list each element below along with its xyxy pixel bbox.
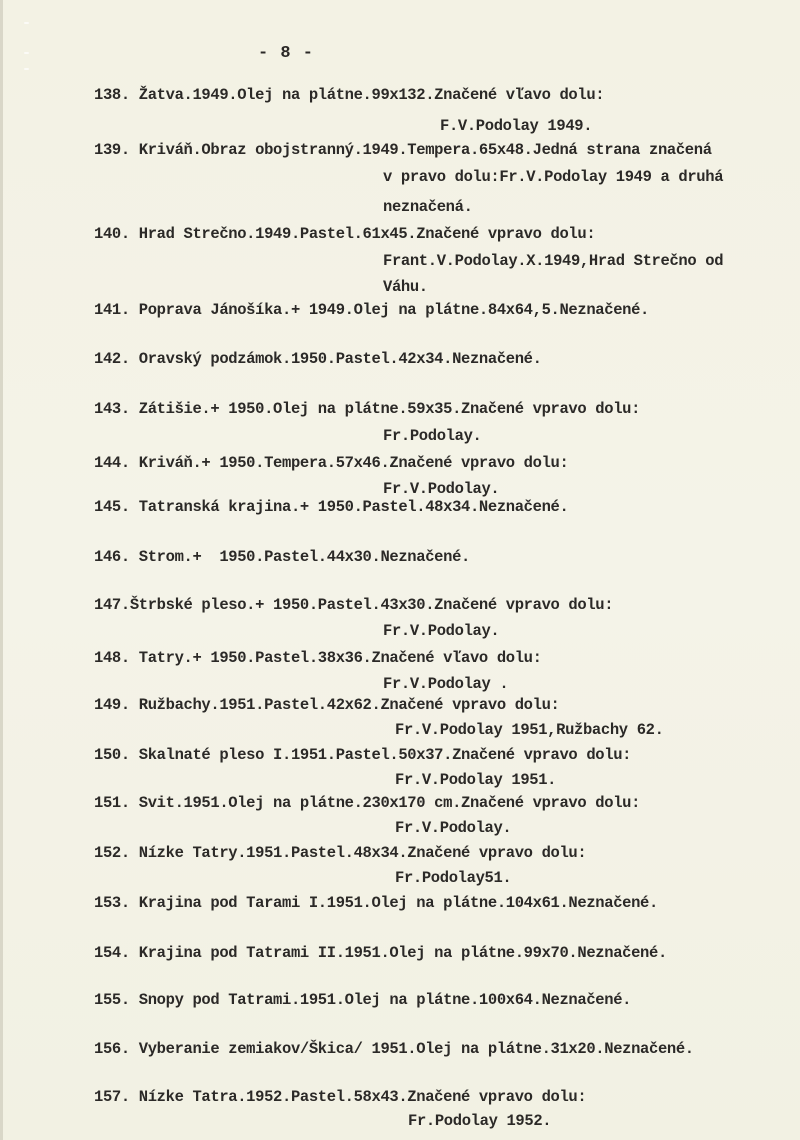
catalog-entry: 152. Nízke Tatry.1951.Pastel.48x34.Znače… <box>94 844 586 862</box>
entry-number: 148. <box>94 649 130 667</box>
entry-number: 144. <box>94 454 130 472</box>
entry-description: Krajina pod Tarami I.1951.Olej na plátne… <box>130 894 658 912</box>
entry-number: 155. <box>94 991 130 1009</box>
entry-description: Krajina pod Tatrami II.1951.Olej na plát… <box>130 944 667 962</box>
catalog-entry: 153. Krajina pod Tarami I.1951.Olej na p… <box>94 894 658 912</box>
entry-description: Tatranská krajina.+ 1950.Pastel.48x34.Ne… <box>130 498 569 516</box>
entry-number: 156. <box>94 1040 130 1058</box>
page-number: - 8 - <box>258 44 314 63</box>
catalog-entry: 150. Skalnaté pleso I.1951.Pastel.50x37.… <box>94 746 631 764</box>
catalog-entry: 148. Tatry.+ 1950.Pastel.38x36.Značené v… <box>94 649 542 667</box>
paper-mark <box>24 22 29 24</box>
entry-description: Skalnaté pleso I.1951.Pastel.50x37.Znače… <box>130 746 631 764</box>
catalog-entry: 155. Snopy pod Tatrami.1951.Olej na plát… <box>94 991 631 1009</box>
page-edge <box>0 0 3 1140</box>
catalog-entry: 147.Štrbské pleso.+ 1950.Pastel.43x30.Zn… <box>94 596 613 614</box>
entry-number: 146. <box>94 548 130 566</box>
entry-description: Oravský podzámok.1950.Pastel.42x34.Nezna… <box>130 350 542 368</box>
entry-description: Kriváň.Obraz obojstranný.1949.Tempera.65… <box>130 141 712 159</box>
entry-number: 154. <box>94 944 130 962</box>
entry-description: Štrbské pleso.+ 1950.Pastel.43x30.Značen… <box>130 596 613 614</box>
catalog-entry: 145. Tatranská krajina.+ 1950.Pastel.48x… <box>94 498 568 516</box>
entry-number: 145. <box>94 498 130 516</box>
entry-signature-line: Fr.Podolay 1952. <box>408 1112 551 1130</box>
entry-description: Kriváň.+ 1950.Tempera.57x46.Značené vpra… <box>130 454 569 472</box>
entry-signature-line: Fr.V.Podolay. <box>395 819 511 837</box>
catalog-entry: 151. Svit.1951.Olej na plátne.230x170 cm… <box>94 794 640 812</box>
paper-mark <box>24 52 29 54</box>
entry-signature-line: Fr.Podolay51. <box>395 869 511 887</box>
entry-signature-line: F.V.Podolay 1949. <box>440 117 592 135</box>
catalog-entry: 142. Oravský podzámok.1950.Pastel.42x34.… <box>94 350 542 368</box>
catalog-entry: 141. Poprava Jánošíka.+ 1949.Olej na plá… <box>94 301 649 319</box>
catalog-entry: 139. Kriváň.Obraz obojstranný.1949.Tempe… <box>94 141 712 159</box>
entry-number: 139. <box>94 141 130 159</box>
entry-number: 152. <box>94 844 130 862</box>
catalog-entry: 143. Zátišie.+ 1950.Olej na plátne.59x35… <box>94 400 640 418</box>
entry-number: 157. <box>94 1088 130 1106</box>
entry-signature-line: neznačená. <box>383 198 473 216</box>
entry-number: 143. <box>94 400 130 418</box>
entry-number: 150. <box>94 746 130 764</box>
entry-signature-line: v pravo dolu:Fr.V.Podolay 1949 a druhá <box>383 168 723 186</box>
catalog-entry: 154. Krajina pod Tatrami II.1951.Olej na… <box>94 944 667 962</box>
entry-description: Svit.1951.Olej na plátne.230x170 cm.Znač… <box>130 794 640 812</box>
entry-signature-line: Fr.Podolay. <box>383 427 481 445</box>
entry-description: Strom.+ 1950.Pastel.44x30.Neznačené. <box>130 548 470 566</box>
entry-signature-line: Fr.V.Podolay . <box>383 675 508 693</box>
entry-signature-line: Fr.V.Podolay. <box>383 480 499 498</box>
entry-description: Tatry.+ 1950.Pastel.38x36.Značené vľavo … <box>130 649 542 667</box>
entry-number: 151. <box>94 794 130 812</box>
entry-signature-line: Fr.V.Podolay 1951,Ružbachy 62. <box>395 721 664 739</box>
entry-number: 140. <box>94 225 130 243</box>
catalog-entry: 156. Vyberanie zemiakov/Škica/ 1951.Olej… <box>94 1040 694 1058</box>
entry-description: Poprava Jánošíka.+ 1949.Olej na plátne.8… <box>130 301 649 319</box>
catalog-entry: 138. Žatva.1949.Olej na plátne.99x132.Zn… <box>94 86 604 104</box>
entry-description: Ružbachy.1951.Pastel.42x62.Značené vprav… <box>130 696 560 714</box>
catalog-entry: 146. Strom.+ 1950.Pastel.44x30.Neznačené… <box>94 548 470 566</box>
catalog-entry: 149. Ružbachy.1951.Pastel.42x62.Značené … <box>94 696 560 714</box>
entry-description: Snopy pod Tatrami.1951.Olej na plátne.10… <box>130 991 631 1009</box>
entry-number: 153. <box>94 894 130 912</box>
entry-number: 149. <box>94 696 130 714</box>
typewritten-page: - 8 - 138. Žatva.1949.Olej na plátne.99x… <box>0 0 800 1140</box>
entry-description: Vyberanie zemiakov/Škica/ 1951.Olej na p… <box>130 1040 694 1058</box>
entry-signature-line: Frant.V.Podolay.X.1949,Hrad Strečno od <box>383 252 723 270</box>
entry-number: 138. <box>94 86 130 104</box>
catalog-entry: 140. Hrad Strečno.1949.Pastel.61x45.Znač… <box>94 225 595 243</box>
entry-description: Žatva.1949.Olej na plátne.99x132.Značené… <box>130 86 604 104</box>
entry-number: 147. <box>94 596 130 614</box>
entry-description: Zátišie.+ 1950.Olej na plátne.59x35.Znač… <box>130 400 640 418</box>
entry-signature-line: Fr.V.Podolay. <box>383 622 499 640</box>
entry-description: Hrad Strečno.1949.Pastel.61x45.Značené v… <box>130 225 595 243</box>
entry-signature-line: Váhu. <box>383 278 428 296</box>
entry-description: Nízke Tatra.1952.Pastel.58x43.Značené vp… <box>130 1088 587 1106</box>
entry-number: 142. <box>94 350 130 368</box>
entry-signature-line: Fr.V.Podolay 1951. <box>395 771 556 789</box>
paper-mark <box>24 68 29 70</box>
catalog-entry: 157. Nízke Tatra.1952.Pastel.58x43.Znače… <box>94 1088 586 1106</box>
entry-description: Nízke Tatry.1951.Pastel.48x34.Značené vp… <box>130 844 587 862</box>
entry-number: 141. <box>94 301 130 319</box>
catalog-entry: 144. Kriváň.+ 1950.Tempera.57x46.Značené… <box>94 454 568 472</box>
